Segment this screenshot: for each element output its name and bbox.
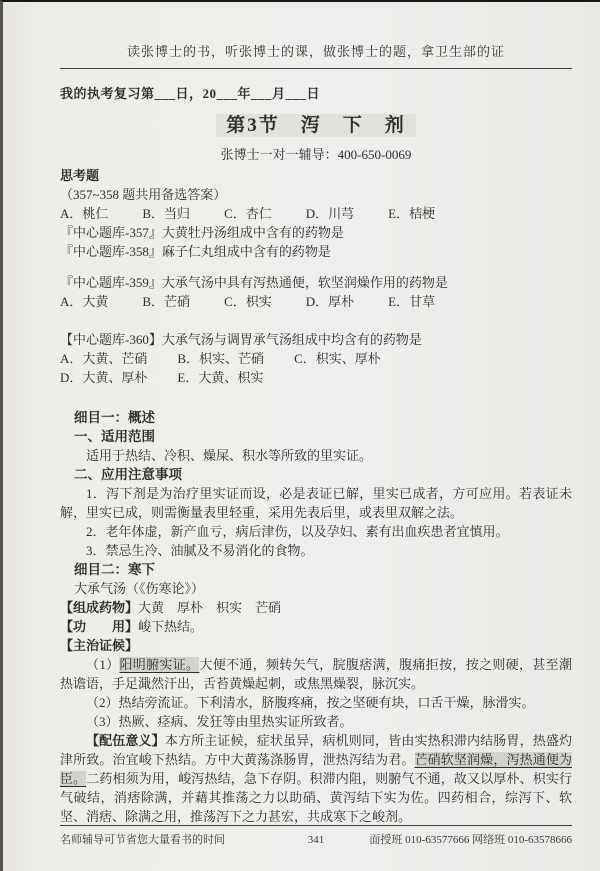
question-358: 『中心题库-358』麻子仁丸组成中含有的药物是 bbox=[60, 242, 572, 261]
option-item: B．枳实、芒硝 bbox=[177, 349, 264, 368]
option-item: D．厚朴 bbox=[306, 292, 354, 311]
option-item: C．枳实、厚朴 bbox=[294, 349, 381, 368]
option-item: A．大黄 bbox=[60, 292, 108, 311]
function-value: 峻下热结。 bbox=[138, 619, 203, 634]
section-title-text: 第3节 泻 下 剂 bbox=[216, 114, 416, 137]
scanned-document-page: 读张博士的书，听张博士的课，做张博士的题，拿卫生部的证 我的执考复习第___日，… bbox=[0, 0, 600, 871]
outline2-heading: 细目二：寒下 bbox=[74, 560, 572, 579]
scope-text: 适用于热结、冷积、燥屎、积水等所致的里实证。 bbox=[60, 446, 572, 465]
indication-1-prefix: （1） bbox=[86, 657, 119, 672]
composition-value: 大黄 厚朴 枳实 芒硝 bbox=[138, 600, 281, 615]
composition-line: 【组成药物】大黄 厚朴 枳实 芒硝 bbox=[60, 598, 572, 617]
highlight-yangming-fushi: 阳明腑实证。 bbox=[119, 657, 199, 672]
option-item: C．杏仁 bbox=[224, 204, 272, 223]
option-item: D．川芎 bbox=[306, 204, 354, 223]
shared-answers-note: （357~358 题共用备选答案） bbox=[60, 185, 572, 204]
q360-options-row-1: A．大黄、芒硝 B．枳实、芒硝 C．枳实、厚朴 bbox=[60, 349, 572, 368]
q359-options-row: A．大黄 B．芒硝 C．枳实 D．厚朴 E．甘草 bbox=[60, 292, 572, 311]
function-label: 【功 用】 bbox=[60, 619, 138, 634]
indication-3: （3）热厥、痉病、发狂等由里热实证所致者。 bbox=[60, 712, 572, 731]
indication-2: （2）热结旁流证。下利清水，脐腹疼痛，按之坚硬有块，口舌干燥，脉滑实。 bbox=[60, 693, 572, 712]
option-item: E．桔梗 bbox=[388, 204, 435, 223]
combination-text-2: 二药相须为用，峻泻热结，急下存阴。积滞内阻，则腑气不通，故又以厚朴、枳实行气破结… bbox=[60, 771, 572, 824]
scope-heading: 一、适用范围 bbox=[74, 427, 572, 446]
function-line: 【功 用】峻下热结。 bbox=[60, 617, 572, 636]
quiz-heading: 思考题 bbox=[60, 166, 572, 185]
header-slogan: 读张博士的书，听张博士的课，做张博士的题，拿卫生部的证 bbox=[60, 42, 572, 61]
option-item: E．甘草 bbox=[388, 292, 435, 311]
option-item: B．芒硝 bbox=[142, 292, 190, 311]
q360-options-row-2: D．大黄、厚朴 E．大黄、枳实 bbox=[60, 368, 572, 387]
precaution-item-2: 2．老年体虚，新产血亏，病后津伤，以及孕妇、素有出血疾患者宜慎用。 bbox=[60, 522, 572, 541]
precaution-item-3: 3．禁忌生冷、油腻及不易消化的食物。 bbox=[60, 541, 572, 560]
indications-label: 【主治证候】 bbox=[60, 636, 572, 655]
question-360: 【中心题库-360】大承气汤与调胃承气汤组成中均含有的药物是 bbox=[60, 330, 572, 349]
outline1-heading: 细目一：概述 bbox=[74, 408, 572, 427]
footer-contact: 面授班 010-63577666 网络班 010-63578666 bbox=[324, 831, 572, 847]
shared-options-row: A．桃仁 B．当归 C．杏仁 D．川芎 E．桔梗 bbox=[60, 204, 572, 223]
combination-label: 【配伍意义】 bbox=[86, 733, 165, 748]
option-item: E．大黄、枳实 bbox=[177, 368, 263, 387]
indication-1: （1）阳明腑实证。大便不通，频转矢气，脘腹痞满，腹痛拒按，按之则硬，甚至潮热谵语… bbox=[60, 655, 572, 693]
section-title: 第3节 泻 下 剂 bbox=[60, 112, 572, 139]
tutoring-hotline: 张博士一对一辅导：400-650-0069 bbox=[60, 145, 572, 164]
header-rule bbox=[60, 68, 572, 69]
footer: 名师辅导可节省您大量看书的时间 341 面授班 010-63577666 网络班… bbox=[60, 825, 572, 847]
precautions-heading: 二、应用注意事项 bbox=[74, 465, 572, 484]
page-number: 341 bbox=[308, 834, 325, 846]
combination-paragraph: 【配伍意义】本方所主证候，症状虽异，病机则同，皆由实热积滞内结肠胃，热盛灼津所致… bbox=[60, 731, 572, 826]
precaution-item-1: 1．泻下剂是为治疗里实证而设，必是表证已解，里实已成者，方可应用。若表证未解，里… bbox=[60, 484, 572, 522]
option-item: D．大黄、厚朴 bbox=[60, 368, 147, 387]
question-359: 『中心题库-359』大承气汤中具有泻热通便，软坚润燥作用的药物是 bbox=[60, 273, 572, 292]
option-item: B．当归 bbox=[142, 204, 190, 223]
composition-label: 【组成药物】 bbox=[60, 600, 138, 615]
option-item: C．枳实 bbox=[224, 292, 272, 311]
footer-left-slogan: 名师辅导可节省您大量看书的时间 bbox=[60, 831, 308, 847]
option-item: A．大黄、芒硝 bbox=[60, 349, 147, 368]
formula-name: 大承气汤（《伤寒论》） bbox=[74, 579, 572, 598]
option-item: A．桃仁 bbox=[60, 204, 108, 223]
review-progress-line: 我的执考复习第___日，20___年___月___日 bbox=[60, 84, 572, 103]
page-content: 读张博士的书，听张博士的课，做张博士的题，拿卫生部的证 我的执考复习第___日，… bbox=[3, 2, 600, 826]
question-357: 『中心题库-357』大黄牡丹汤组成中含有的药物是 bbox=[60, 223, 572, 242]
